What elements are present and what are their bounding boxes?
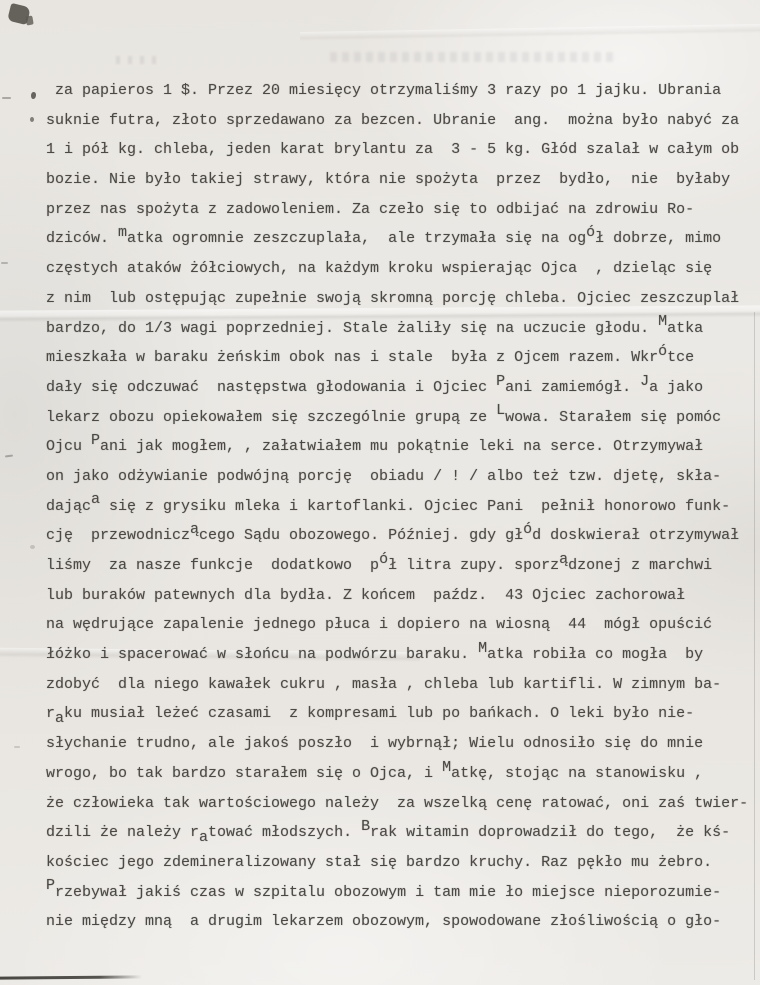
margin-mark — [1, 262, 8, 264]
text-line-5: przez nas spożyta z zadowoleniem. Za cze… — [46, 195, 748, 225]
text-line-8: z nim lub ostępując zupełnie swoją skrom… — [46, 284, 748, 314]
text-line-27: kościec jego zdemineralizowany stał się … — [46, 848, 748, 878]
scanned-document-page: { "page": { "kind": "scanned typewritten… — [0, 0, 760, 985]
text-line-28: Przebywał jakiś czas w szpitalu obozowym… — [46, 878, 748, 908]
text-line-7: częstych ataków żółciowych, na każdym kr… — [46, 254, 748, 284]
text-line-24: wrogo, bo tak bardzo starałem się o Ojca… — [46, 759, 748, 789]
text-line-10: mieszkała w baraku żeńskim obok nas i st… — [46, 343, 748, 373]
text-line-14: on jako odżywianie podwójną porcję obiad… — [46, 462, 748, 492]
text-line-6: dziców. matka ogromnie zeszczuplała, ale… — [46, 224, 748, 254]
text-line-12: lekarz obozu opiekowałem się szczególnie… — [46, 403, 748, 433]
text-line-9: bardzo, do 1/3 wagi poprzedniej. Stale ż… — [46, 314, 748, 344]
ghost-ink-transfer-center — [330, 52, 615, 62]
text-line-23: słychanie trudno, ale jakoś poszło i wyb… — [46, 729, 748, 759]
margin-mark — [2, 97, 11, 99]
scan-edge-line — [0, 975, 142, 979]
margin-mark — [30, 545, 35, 549]
corner-ink-mark-small — [25, 15, 33, 25]
margin-mark — [5, 454, 13, 457]
typewritten-text: za papieros 1 $. Przez 20 miesięcy otrzy… — [46, 76, 748, 937]
text-line-3: 1 i pół kg. chleba, jeden karat brylantu… — [46, 135, 748, 165]
text-line-17: liśmy za nasze funkcje dodatkowo pół lit… — [46, 551, 748, 581]
text-line-19: na wędrujące zapalenie jednego płuca i d… — [46, 610, 748, 640]
paper-sheet: za papieros 1 $. Przez 20 miesięcy otrzy… — [0, 0, 760, 985]
ink-speck — [30, 117, 34, 122]
text-line-25: że człowieka tak wartościowego należy za… — [46, 789, 748, 819]
paper-edge-shadow — [754, 312, 755, 980]
paper-crease-top — [300, 24, 760, 41]
text-line-16: cję przewodniczącego Sądu obozowego. Póź… — [46, 521, 748, 551]
ink-speck — [31, 92, 36, 99]
text-line-15: dająca się z grysiku mleka i kartoflanki… — [46, 492, 748, 522]
text-line-18: lub buraków patewnych dla bydła. Z końce… — [46, 581, 748, 611]
margin-mark — [14, 746, 20, 748]
text-line-22: raku musiał leżeć czasami z kompresami l… — [46, 699, 748, 729]
text-line-26: dzili że należy ratować młodszych. Brak … — [46, 818, 748, 848]
text-line-2: suknie futra, złoto sprzedawano za bezce… — [46, 106, 748, 136]
text-line-11: dały się odczuwać następstwa głodowania … — [46, 373, 748, 403]
text-line-4: bozie. Nie było takiej strawy, która nie… — [46, 165, 748, 195]
ghost-ink-transfer-left — [116, 56, 160, 64]
text-line-21: zdobyć dla niego kawałek cukru , masła ,… — [46, 670, 748, 700]
text-line-29: nie między mną a drugim lekarzem obozowy… — [46, 907, 748, 937]
text-line-1: za papieros 1 $. Przez 20 miesięcy otrzy… — [46, 76, 748, 106]
text-line-13: Ojcu Pani jak mogłem, , załatwiałem mu p… — [46, 432, 748, 462]
text-line-20: łóżko i spacerować w słońcu na podwórzu … — [46, 640, 748, 670]
